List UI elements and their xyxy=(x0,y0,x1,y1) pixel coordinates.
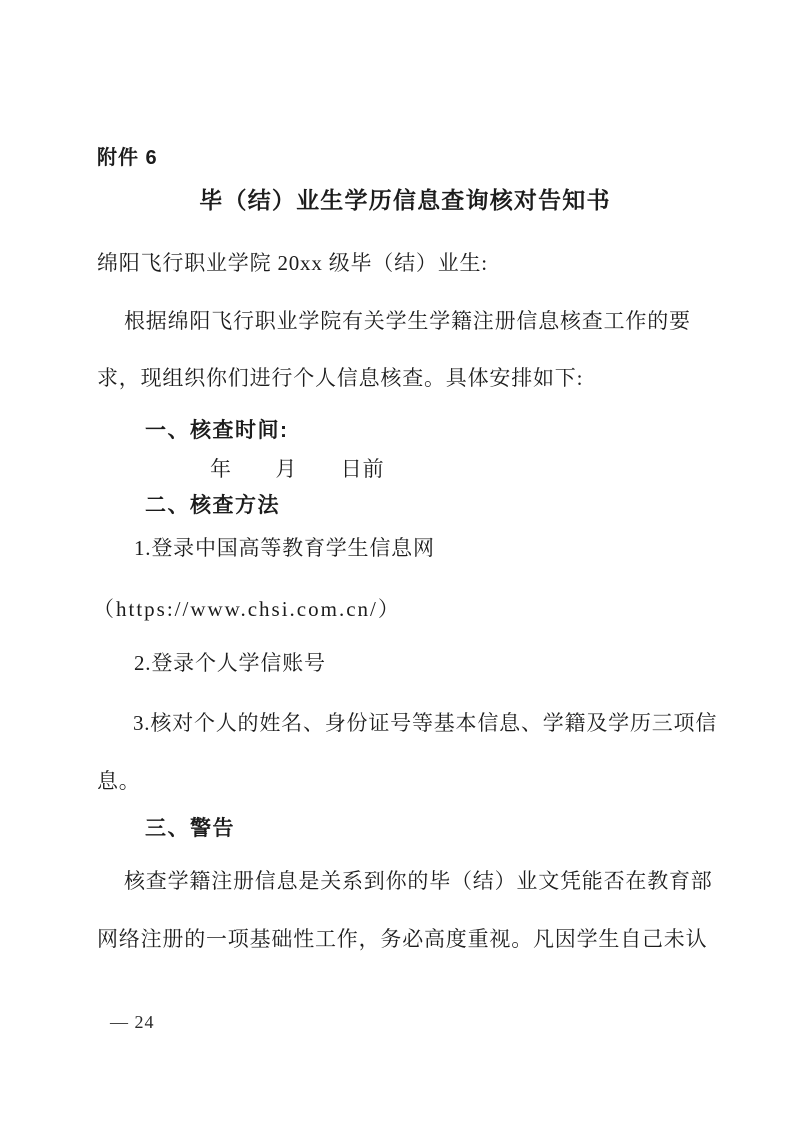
section-1-heading: 一、核查时间: xyxy=(145,418,289,444)
section-2-step-2: 2.登录个人学信账号 xyxy=(134,650,326,676)
document-page: 附件 6 毕（结）业生学历信息查询核对告知书 绵阳飞行职业学院 20xx 级毕（… xyxy=(0,0,794,1122)
section-3-warning-line-1: 核查学籍注册信息是关系到你的毕（结）业文凭能否在教育部 xyxy=(124,868,713,894)
document-title: 毕（结）业生学历信息查询核对告知书 xyxy=(0,187,794,216)
section-2-heading: 二、核查方法 xyxy=(145,493,280,519)
section-2-step-1: 1.登录中国高等教育学生信息网 xyxy=(134,535,435,561)
attachment-label: 附件 6 xyxy=(97,146,158,171)
section-3-warning-line-2: 网络注册的一项基础性工作，务必高度重视。凡因学生自己未认 xyxy=(97,926,707,952)
page-number: — 24 xyxy=(110,1011,155,1034)
intro-paragraph-line-2: 求，现组织你们进行个人信息核查。具体安排如下: xyxy=(97,365,583,391)
section-2-step-3-line-2: 息。 xyxy=(97,768,141,794)
intro-paragraph-line-1: 根据绵阳飞行职业学院有关学生学籍注册信息核查工作的要 xyxy=(124,308,691,334)
section-1-date-blank: 年 月 日前 xyxy=(210,456,384,482)
chsi-url-text: （https://www.chsi.com.cn/） xyxy=(93,596,401,622)
section-3-heading: 三、警告 xyxy=(145,816,235,842)
salutation-line: 绵阳飞行职业学院 20xx 级毕（结）业生: xyxy=(97,250,488,276)
section-2-step-3-line-1: 3.核对个人的姓名、身份证号等基本信息、学籍及学历三项信 xyxy=(133,710,717,736)
